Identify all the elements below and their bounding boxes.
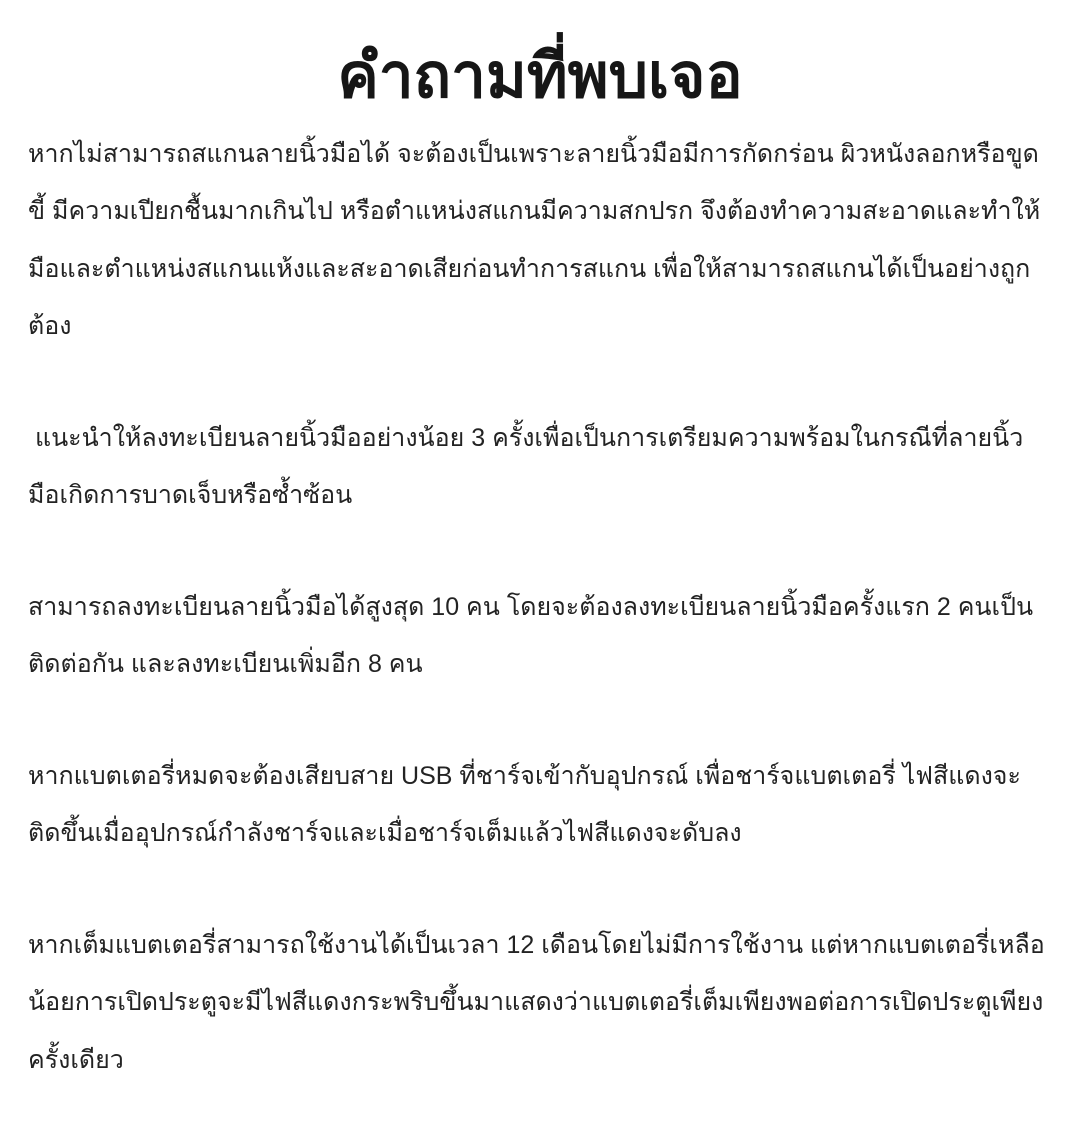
faq-paragraph-battery-life: หากเต็มแบตเตอรี่สามารถใช้งานได้เป็นเวลา … [28,917,1052,1090]
page-title: คำถามที่พบเจอ [28,38,1052,116]
faq-paragraph-register-three-times: แนะนำให้ลงทะเบียนลายนิ้วมืออย่างน้อย 3 ค… [28,410,1052,525]
faq-page: คำถามที่พบเจอ หากไม่สามารถสแกนลายนิ้วมือ… [0,0,1080,1146]
faq-paragraph-usb-charging: หากแบตเตอรี่หมดจะต้องเสียบสาย USB ที่ชาร… [28,748,1052,863]
faq-paragraph-fingerprint-scan-failure: หากไม่สามารถสแกนลายนิ้วมือได้ จะต้องเป็น… [28,126,1052,356]
faq-content: หากไม่สามารถสแกนลายนิ้วมือได้ จะต้องเป็น… [28,126,1052,1090]
faq-paragraph-max-ten-users: สามารถลงทะเบียนลายนิ้วมือได้สูงสุด 10 คน… [28,579,1052,694]
